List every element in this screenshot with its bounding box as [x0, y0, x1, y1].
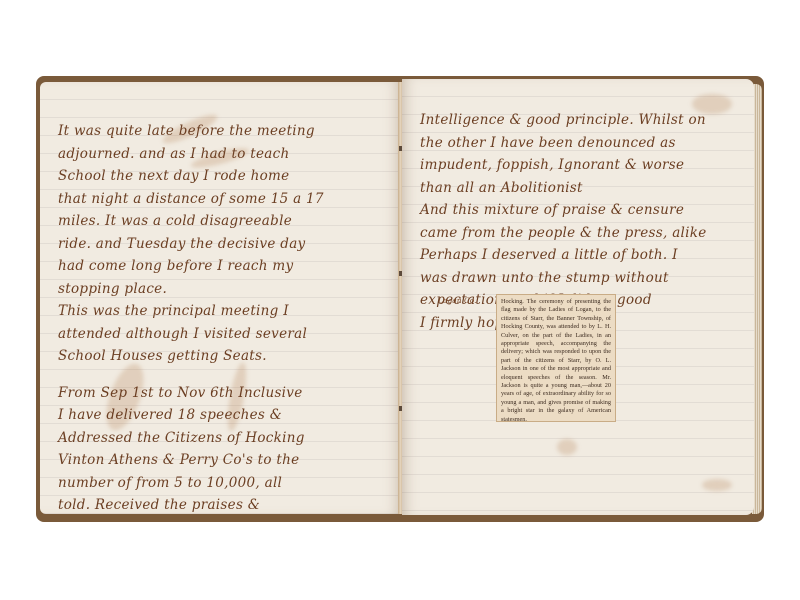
text-line: told. Received the praises & — [58, 494, 390, 514]
text-line: School the next day I rode home — [58, 165, 390, 188]
text-line: attended although I visited several — [58, 323, 390, 346]
text-line: stopping place. — [58, 278, 390, 301]
clipping-margin-note: Logan Co. — [438, 296, 477, 305]
text-line: was drawn unto the stump without — [420, 267, 744, 290]
text-line: It was quite late before the meeting — [58, 120, 390, 143]
text-line: From Sep 1st to Nov 6th Inclusive — [58, 382, 390, 405]
right-page: Intelligence & good principle. Whilst on… — [402, 79, 754, 515]
text-line: Addressed the Citizens of Hocking — [58, 427, 390, 450]
text-line: ride. and Tuesday the decisive day — [58, 233, 390, 256]
open-journal: It was quite late before the meeting adj… — [36, 76, 764, 522]
text-line: adjourned. and as I had to teach — [58, 143, 390, 166]
left-page: It was quite late before the meeting adj… — [40, 82, 400, 514]
ink-stain — [702, 479, 732, 491]
text-line: that night a distance of some 15 a 17 — [58, 188, 390, 211]
text-line: School Houses getting Seats. — [58, 345, 390, 368]
text-line: I have delivered 18 speeches & — [58, 404, 390, 427]
ink-stain — [557, 439, 577, 455]
text-line: Perhaps I deserved a little of both. I — [420, 244, 744, 267]
text-line: came from the people & the press, alike — [420, 222, 744, 245]
text-line: the other I have been denounced as — [420, 132, 744, 155]
text-line: number of from 5 to 10,000, all — [58, 472, 390, 495]
text-line: miles. It was a cold disagreeable — [58, 210, 390, 233]
handwritten-text-left: It was quite late before the meeting adj… — [58, 120, 390, 514]
text-line: impudent, foppish, Ignorant & worse — [420, 154, 744, 177]
text-line: This was the principal meeting I — [58, 300, 390, 323]
newspaper-clipping: Hocking. The ceremony of presenting the … — [496, 294, 616, 422]
text-line: than all an Abolitionist — [420, 177, 744, 200]
text-line: Intelligence & good principle. Whilst on — [420, 109, 744, 132]
text-line: Vinton Athens & Perry Co's to the — [58, 449, 390, 472]
text-line: And this mixture of praise & censure — [420, 199, 744, 222]
text-line: had come long before I reach my — [58, 255, 390, 278]
